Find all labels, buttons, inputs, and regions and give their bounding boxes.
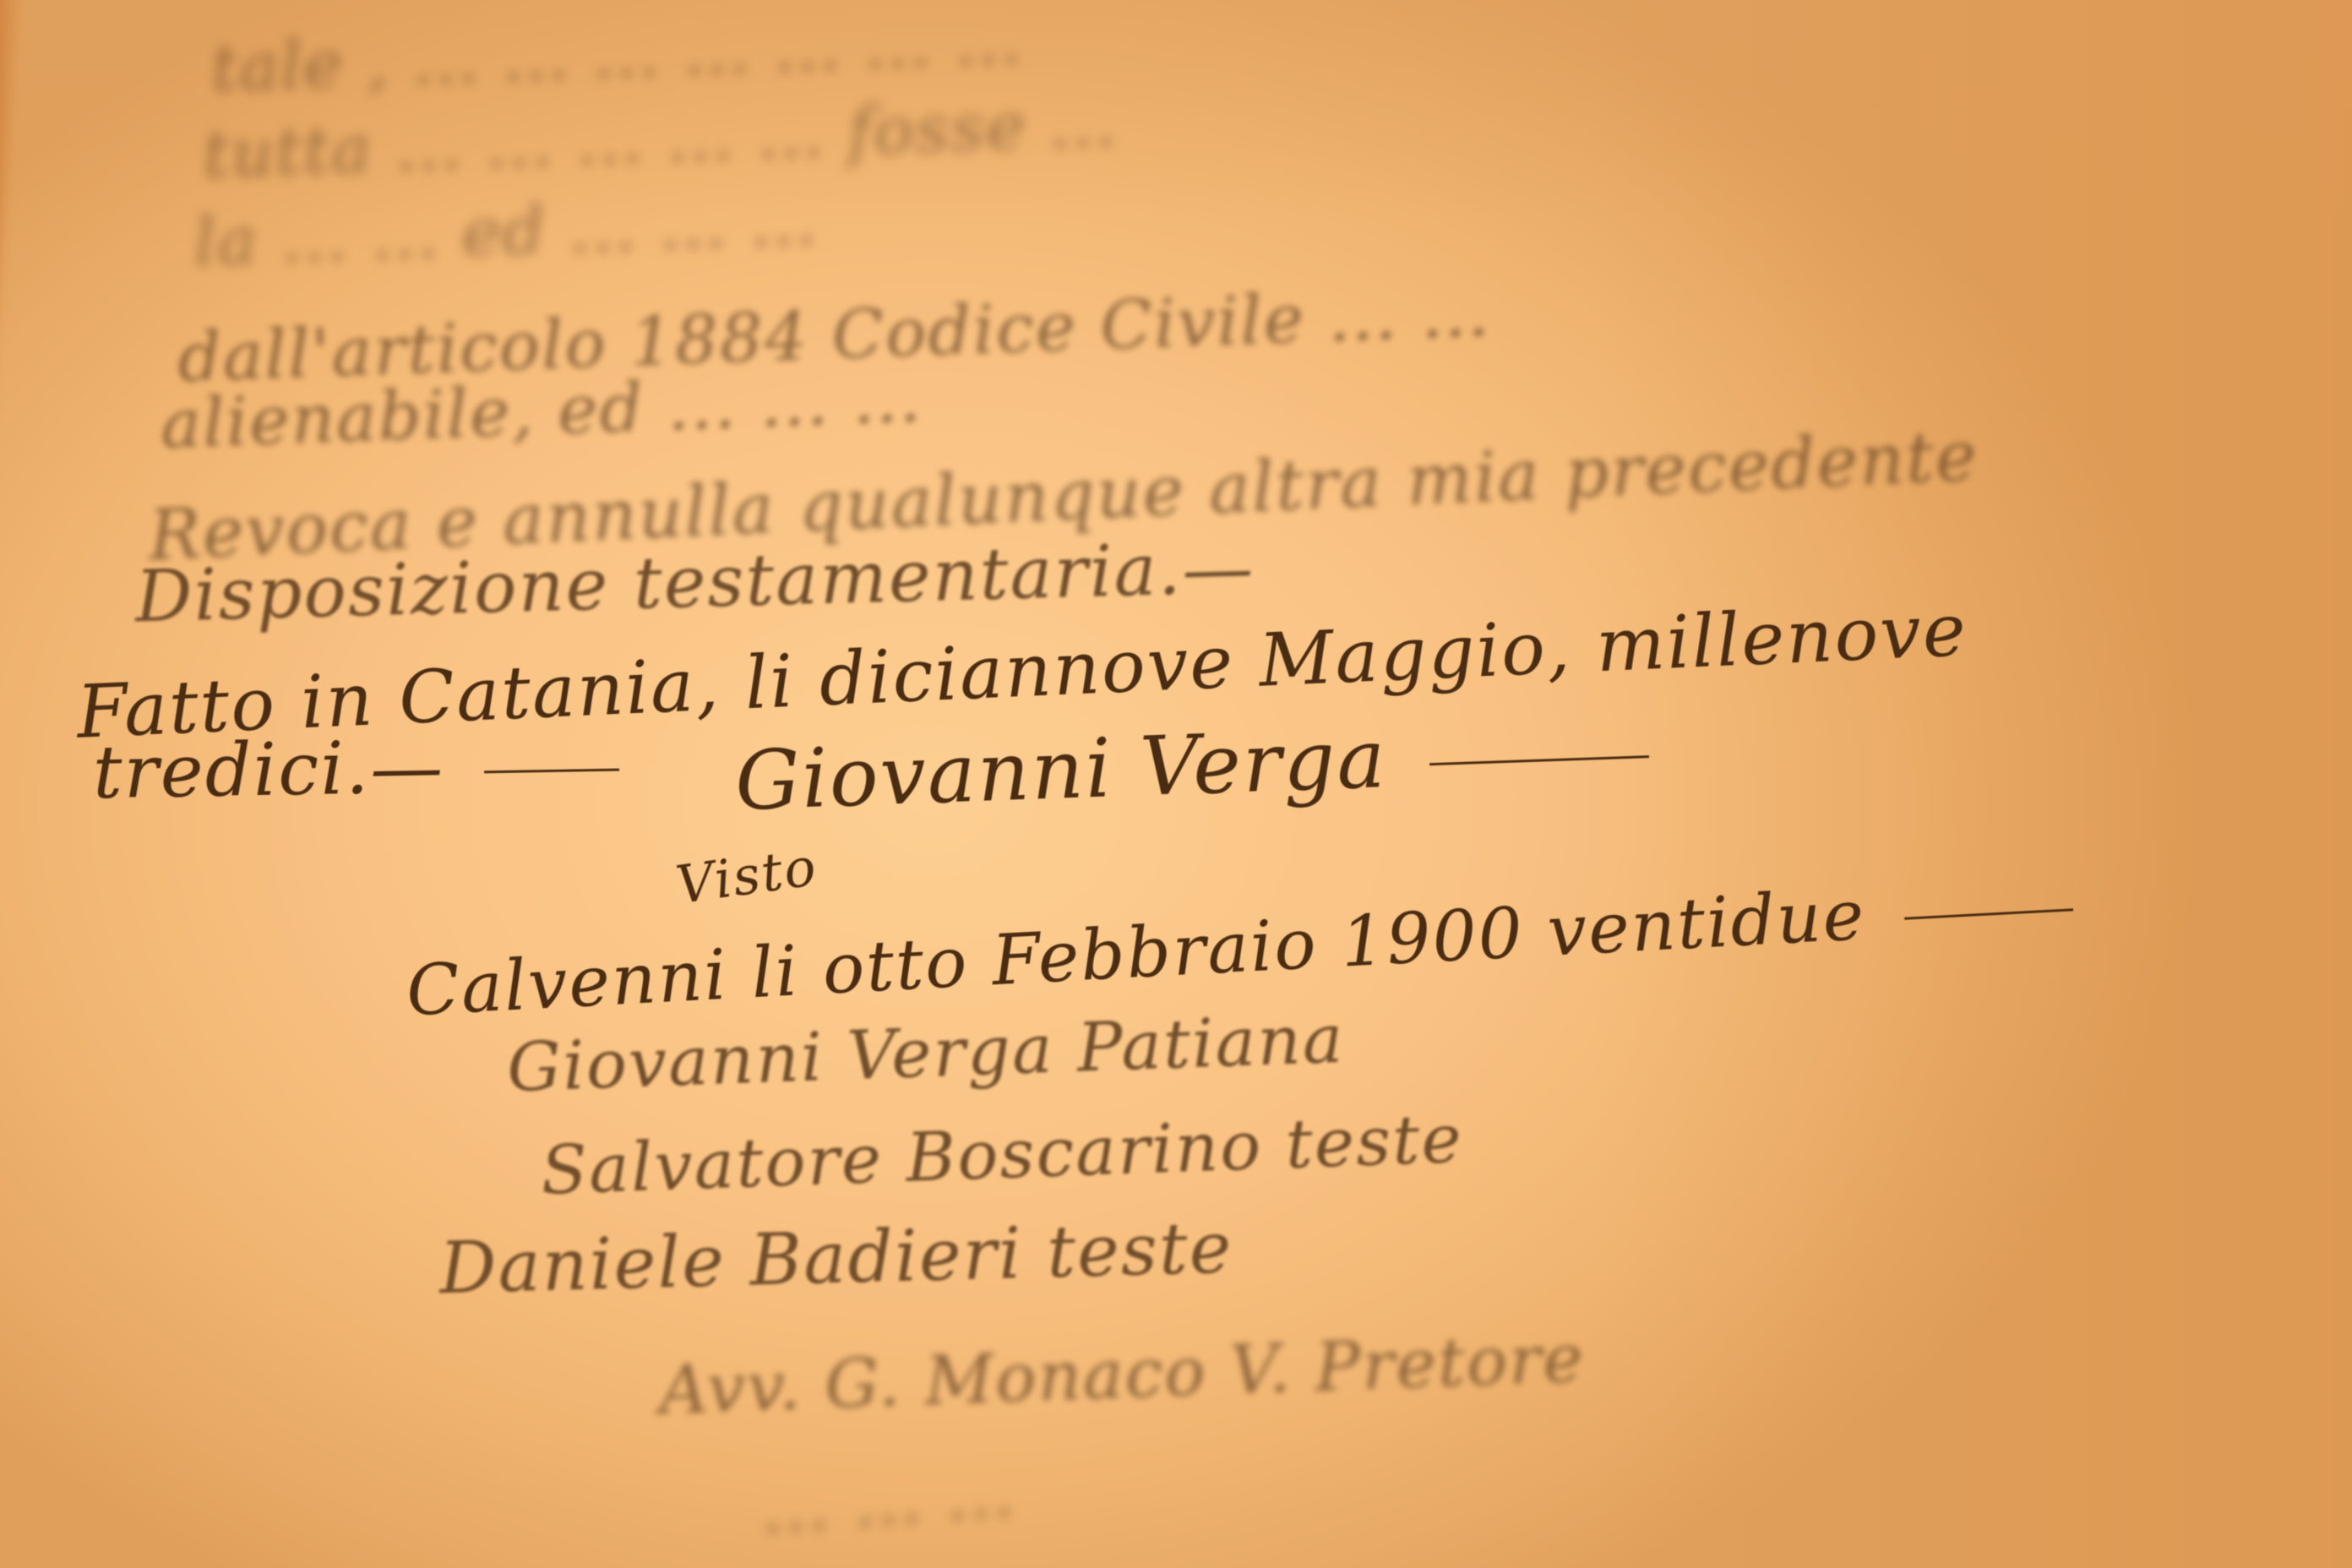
date-flourish (1904, 908, 2073, 919)
signature-pretore: Avv. G. Monaco V. Pretore (658, 1319, 1586, 1429)
signature-flourish (1429, 755, 1649, 765)
signature-boscarino: Salvatore Boscarino teste (540, 1099, 1464, 1210)
signature-final: ... ... ... (758, 1453, 1017, 1549)
document-photo: tale , ... ... ... ... ... ... ... tutta… (0, 0, 2352, 1568)
testator-signature: Giovanni Verga (733, 702, 1650, 829)
closing-line: tredici.— (92, 722, 620, 816)
closing-word: tredici.— (92, 725, 445, 815)
signature-badieri: Daniele Badieri teste (438, 1206, 1234, 1310)
paper-shadow-right (1592, 0, 2352, 1568)
testator-signature-text: Giovanni Verga (733, 711, 1388, 829)
dash-rule (485, 769, 620, 774)
visto-note: Visto (672, 836, 821, 917)
